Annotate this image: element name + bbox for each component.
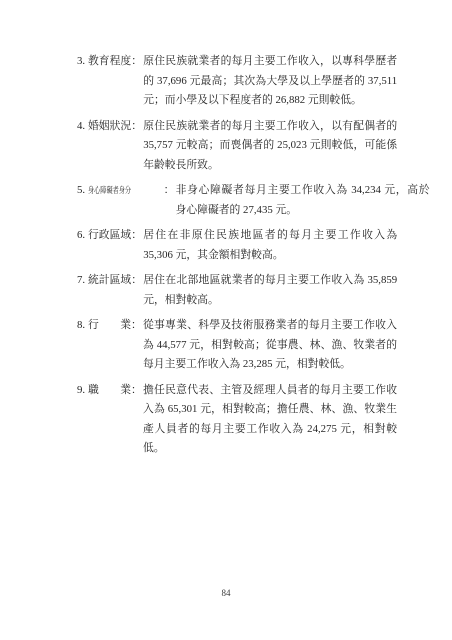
list-item: 5. 身心障礙者身分 ： 非身心障礙者每月主要工作收入為 34,234 元，高於… (77, 181, 398, 220)
item-label: 6. 行政區域 ： (77, 226, 143, 246)
body-line: 為 44,577 元，相對較高；從事農、林、漁、牧業者的 (143, 336, 397, 356)
list-item: 9. 職業 ： 擔任民意代表、主管及經理人員者的每月主要工作收入為 65,301… (77, 381, 398, 459)
item-category-char: 況 (120, 117, 131, 137)
item-category-char: 度 (120, 52, 131, 72)
body-line: 非身心障礙者每月主要工作收入為 34,234 元，高於 (176, 181, 430, 201)
item-category-char: 行 (88, 226, 99, 246)
body-line: 元，相對較高。 (143, 291, 397, 311)
item-category-char: 職 (88, 381, 99, 401)
body-line: 居住在非原住民族地區者的每月主要工作收入為 (143, 226, 397, 246)
item-body: 原住民族就業者的每月主要工作收入，以有配偶者的35,757 元較高；而喪偶者的 … (143, 117, 397, 176)
item-category-text: 身心障礙者身分 (88, 183, 131, 199)
item-body: 從事專業、科學及技術服務業者的每月主要工作收入為 44,577 元，相對較高；從… (143, 316, 397, 375)
item-category-char: 程 (110, 52, 121, 72)
item-label: 3. 教育程度 ： (77, 52, 143, 72)
body-line: 低。 (143, 439, 397, 459)
item-category-char: 狀 (110, 117, 121, 137)
item-number: 7. (77, 271, 88, 291)
body-line: 身心障礙者的 27,435 元。 (176, 201, 430, 221)
item-category-char: 統 (88, 271, 99, 291)
item-number: 9. (77, 381, 88, 401)
item-colon: ： (131, 226, 143, 246)
item-category-char: 區 (110, 271, 121, 291)
item-body: 擔任民意代表、主管及經理人員者的每月主要工作收入為 65,301 元，相對較高；… (143, 381, 397, 459)
body-line: 從事專業、科學及技術服務業者的每月主要工作收入 (143, 316, 397, 336)
item-category-char: 計 (99, 271, 110, 291)
body-line: 居住在北部地區就業者的每月主要工作收入為 35,859 (143, 271, 397, 291)
item-label: 5. 身心障礙者身分 ： (77, 181, 176, 201)
item-category-char: 政 (99, 226, 110, 246)
item-category-char: 域 (120, 271, 131, 291)
item-category-char: 業 (120, 316, 131, 336)
list-item: 6. 行政區域 ： 居住在非原住民族地區者的每月主要工作收入為35,306 元，… (77, 226, 398, 265)
body-line: 元；而小學及以下程度者的 26,882 元則較低。 (143, 91, 397, 111)
body-line: 年齡較長所致。 (143, 156, 397, 176)
item-colon: ： (131, 271, 143, 291)
item-category: 身心障礙者身分 (88, 181, 164, 201)
item-colon: ： (131, 316, 143, 336)
item-category-char: 區 (110, 226, 121, 246)
item-category: 統計區域 (88, 271, 131, 291)
item-category-char: 育 (99, 52, 110, 72)
body-line: 每月主要工作收入為 23,285 元，相對較低。 (143, 355, 397, 375)
item-category: 職業 (88, 381, 131, 401)
item-label: 4. 婚姻狀況 ： (77, 117, 143, 137)
page-number: 84 (0, 588, 452, 598)
item-body: 居住在非原住民族地區者的每月主要工作收入為35,306 元，其金額相對較高。 (143, 226, 397, 265)
body-line: 擔任民意代表、主管及經理人員者的每月主要工作收 (143, 381, 397, 401)
item-category: 教育程度 (88, 52, 131, 72)
item-body: 非身心障礙者每月主要工作收入為 34,234 元，高於身心障礙者的 27,435… (176, 181, 430, 220)
body-line: 35,757 元較高；而喪偶者的 25,023 元則較低，可能係 (143, 136, 397, 156)
item-label: 7. 統計區域 ： (77, 271, 143, 291)
item-number: 8. (77, 316, 88, 336)
item-category-char: 婚 (88, 117, 99, 137)
item-category-char: 域 (120, 226, 131, 246)
item-label: 8. 行業 ： (77, 316, 143, 336)
list-item: 8. 行業 ： 從事專業、科學及技術服務業者的每月主要工作收入為 44,577 … (77, 316, 398, 375)
findings-list: 3. 教育程度 ： 原住民族就業者的每月主要工作收入，以專科學歷者的 37,69… (77, 52, 398, 465)
item-number: 6. (77, 226, 88, 246)
item-category-char: 行 (88, 316, 99, 336)
item-colon: ： (131, 117, 143, 137)
item-label: 9. 職業 ： (77, 381, 143, 401)
item-category: 行政區域 (88, 226, 131, 246)
item-colon: ： (131, 52, 143, 72)
body-line: 的 37,696 元最高；其次為大學及以上學歷者的 37,511 (143, 72, 397, 92)
list-item: 7. 統計區域 ： 居住在北部地區就業者的每月主要工作收入為 35,859元，相… (77, 271, 398, 310)
item-category-char: 教 (88, 52, 99, 72)
item-number: 3. (77, 52, 88, 72)
body-line: 原住民族就業者的每月主要工作收入，以有配偶者的 (143, 117, 397, 137)
item-number: 5. (77, 181, 88, 201)
item-body: 原住民族就業者的每月主要工作收入，以專科學歷者的 37,696 元最高；其次為大… (143, 52, 397, 111)
list-item: 4. 婚姻狀況 ： 原住民族就業者的每月主要工作收入，以有配偶者的35,757 … (77, 117, 398, 176)
body-line: 35,306 元，其金額相對較高。 (143, 246, 397, 266)
list-item: 3. 教育程度 ： 原住民族就業者的每月主要工作收入，以專科學歷者的 37,69… (77, 52, 398, 111)
item-colon: ： (131, 381, 143, 401)
item-category-char: 姻 (99, 117, 110, 137)
item-category: 行業 (88, 316, 131, 336)
body-line: 原住民族就業者的每月主要工作收入，以專科學歷者 (143, 52, 397, 72)
item-body: 居住在北部地區就業者的每月主要工作收入為 35,859元，相對較高。 (143, 271, 397, 310)
item-category: 婚姻狀況 (88, 117, 131, 137)
body-line: 入為 65,301 元，相對較高；擔任農、林、漁、牧業生 (143, 400, 397, 420)
item-colon: ： (164, 181, 176, 201)
item-category-char: 業 (120, 381, 131, 401)
body-line: 產人員者的每月主要工作收入為 24,275 元，相對較 (143, 420, 397, 440)
item-number: 4. (77, 117, 88, 137)
